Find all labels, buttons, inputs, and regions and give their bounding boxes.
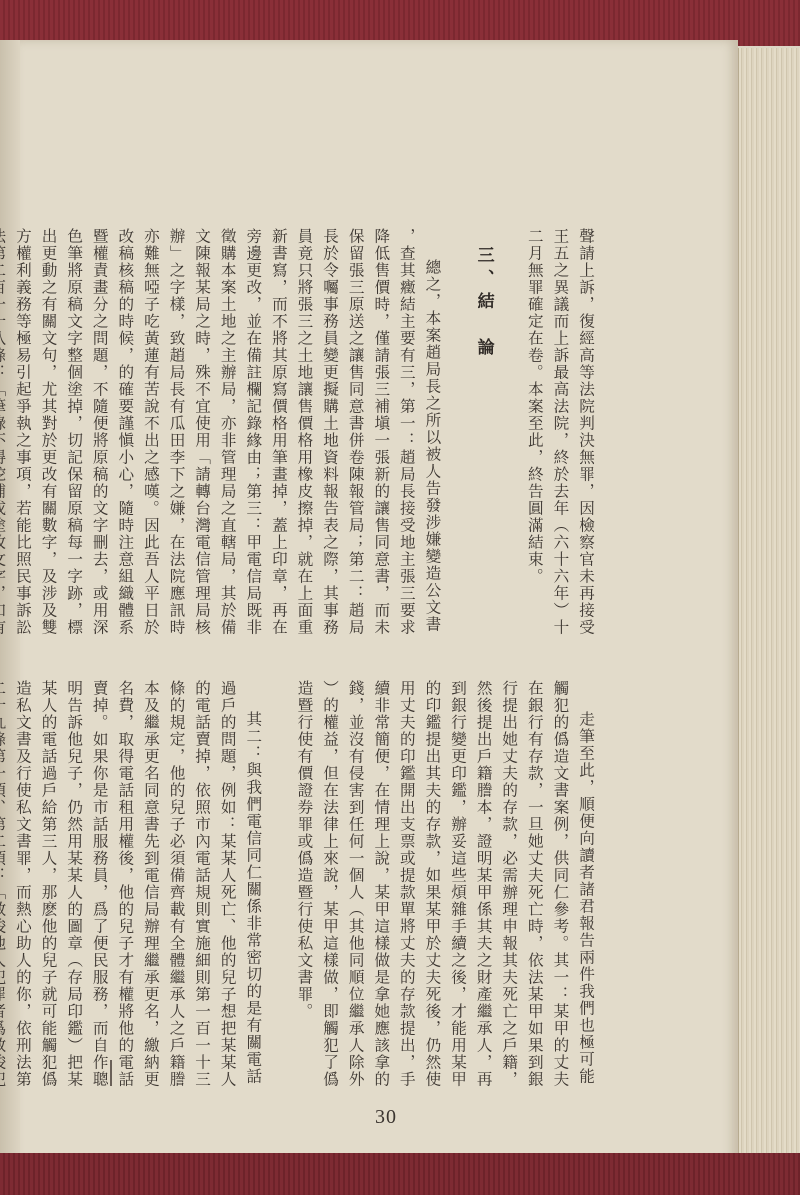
top-text-block: 聲請上訴，復經高等法院判決無罪，因檢察官未再接受 王五之異議而上訴最高法院，終於… [0,228,598,648]
column-spacer [444,228,470,648]
text-column: 的印鑑提出其夫的存款，如果某甲於丈夫死後，仍然使 [419,680,445,1100]
text-column: 某人的電話過戶給第三人，那麽他的兒子就可能觸犯僞 [35,680,61,1100]
text-column: 賣掉。如果你是市話服務員，爲了便民服務，而自作聰 [86,680,112,1100]
text-column: 用丈夫的印鑑開出支票或提款單將丈夫的存款提出，手 [393,680,419,1100]
text-column: 的電話賣掉，依照市內電話規則實施細則第一百一十三 [189,680,215,1100]
text-column: 法第二百一十八條：「筆錄不得挖補或塗改文字，如有 [0,228,9,648]
text-column: 二月無罪確定在卷。本案至此，終告圓滿結束。 [521,228,547,648]
text-column: 改稿核稿的時候，的確要謹愼小心，隨時注意組織體系 [112,228,138,648]
text-column: 總之，本案趙局長之所以被人告發涉嫌變造公文書 [419,228,445,648]
page-edges-stack [738,48,800,1153]
text-column: 出更動之有關文句，尤其對於更改有關數字，及涉及雙 [35,228,61,648]
text-column: 新書寫，而不將其原寫價格用筆畫掉，蓋上印章，再在 [265,228,291,648]
text-column: 長於令囑事務員變更擬購土地資料報告表之際，其事務 [316,228,342,648]
text-column: 在銀行有存款，一旦她丈夫死亡時，依法某甲如果到銀 [521,680,547,1100]
text-column: ，查其癥結主要有三，第一：趙局長接受地主張三要求 [393,228,419,648]
text-column: 錢，並沒有侵害到任何一個人（其他同順位繼承人除外 [342,680,368,1100]
text-column: 文陳報某局之時，殊不宜使用「請轉台灣電信管理局核 [189,228,215,648]
text-column: 造私文書及行使私文書罪，而熱心助人的你，依刑法第 [9,680,35,1100]
text-column: 造暨行使有價證券罪或僞造暨行使私文書罪。 [291,680,317,1100]
text-column: 王五之異議而上訴最高法院，終於去年（六十六年）十 [547,228,573,648]
text-column: 走筆至此，順便向讀者諸君報告兩件我們也極可能 [572,680,598,1100]
text-column: 辦」之字樣，致趙局長有瓜田李下之嫌，在法院應訊時 [163,228,189,648]
text-column: 方權利義務等極易引起爭執之事項，若能比照民事訴訟 [9,228,35,648]
column-spacer [265,680,291,1100]
text-column: 過戶的問題，例如：某某人死亡、他的兒子想把某某人 [214,680,240,1100]
section-heading: 三、結 論 [470,228,496,648]
text-column: 明告訴他兒子，仍然用某某人的圖章（存局印鑑）把某 [61,680,87,1100]
column-spacer [496,228,522,648]
text-column: 聲請上訴，復經高等法院判決無罪，因檢察官未再接受 [572,228,598,648]
text-column: 條的規定，他的兒子必須備齊載有全體繼承人之戶籍謄 [163,680,189,1100]
text-column: ）的權益，但在法律上來說，某甲這樣做，即觸犯了僞 [316,680,342,1100]
text-column: 色筆將原稿文字整個塗掉，切記保留原稿每一字跡，標 [61,228,87,648]
binding-cloth-bottom [0,1153,800,1195]
margin-mark [110,1060,112,1086]
text-column: 觸犯的僞造文書案例，供同仁參考。其一：某甲的丈夫 [547,680,573,1100]
text-column: 二十九條第一項、第二項：「教唆他人犯罪者爲教唆犯 [0,680,9,1100]
text-column: 亦難無啞子吃黃蓮有苦說不出之感嘆。因此吾人平日於 [137,228,163,648]
text-column: 名費，取得電話租用權後，他的兒子才有權將他的電話 [112,680,138,1100]
text-column: 員竟只將張三之土地讓售價格用橡皮擦掉，就在上面重 [291,228,317,648]
bottom-text-block: 走筆至此，順便向讀者諸君報告兩件我們也極可能 觸犯的僞造文書案例，供同仁參考。其… [0,680,598,1100]
book-scan: 聲請上訴，復經高等法院判決無罪，因檢察官未再接受 王五之異議而上訴最高法院，終於… [0,0,800,1195]
book-page: 聲請上訴，復經高等法院判決無罪，因檢察官未再接受 王五之異議而上訴最高法院，終於… [20,40,738,1165]
text-column: 降低售價時，僅請張三補塡一張新的讓售同意書，而未 [368,228,394,648]
text-column: 保留張三原送之讓售同意書併卷陳報管局；第二：趙局 [342,228,368,648]
text-column: 其二：與我們電信同仁關係非常密切的是有關電話 [240,680,266,1100]
text-column: 旁邊更改，並在備註欄記錄緣由；第三：甲電信局既非 [240,228,266,648]
text-column: 暨權責畫分之問題，不隨便將原稿的文字刪去，或用深 [86,228,112,648]
text-column: 徵購本案土地之主辦局，亦非管理局之直轄局，其於備 [214,228,240,648]
text-column: 然後提出戶籍謄本，證明某甲係其夫之財產繼承人，再 [470,680,496,1100]
text-column: 行提出她丈夫的存款，必需辦理申報其夫死亡之戶籍， [496,680,522,1100]
page-number: 30 [375,1106,397,1129]
text-column: 到銀行變更印鑑，辦妥這些煩雜手續之後，才能用某甲 [444,680,470,1100]
text-column: 續非常簡便，在情理上說，某甲這樣做是拿她應該拿的 [368,680,394,1100]
text-column: 本及繼承更名同意書先到電信局辦理繼承更名，繳納更 [137,680,163,1100]
